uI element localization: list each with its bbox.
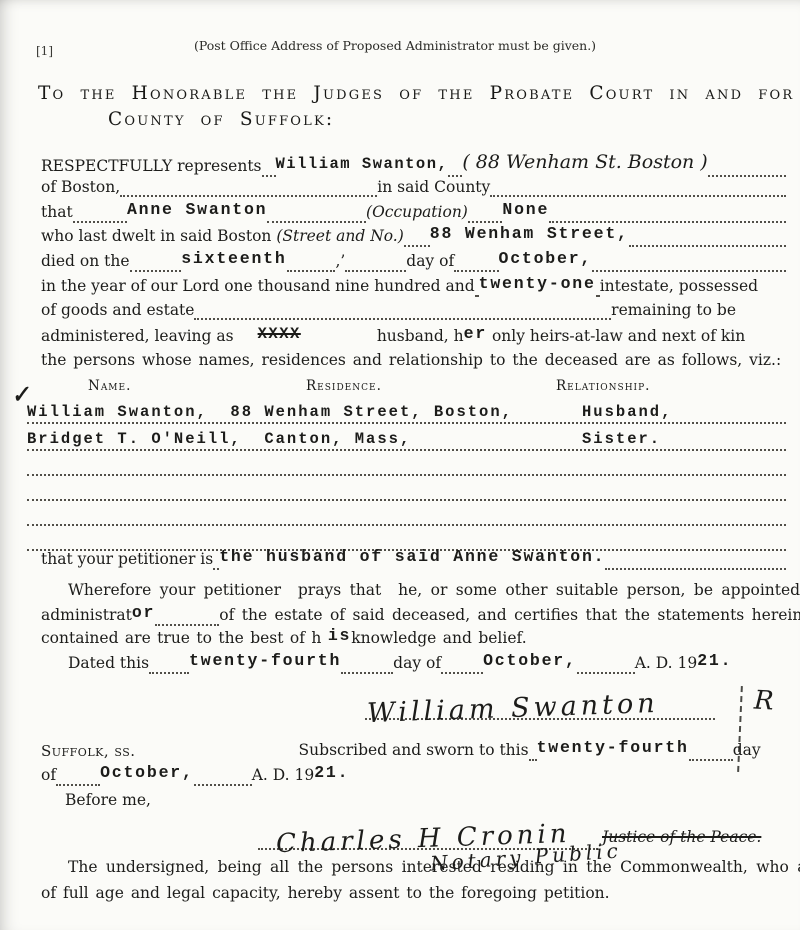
in-said-county-label: in said County <box>377 178 490 197</box>
her-typed-suffix: er <box>464 324 487 345</box>
empty-table-row <box>27 506 786 526</box>
heir-relationship: Sister. <box>582 430 661 448</box>
dotted-leader <box>448 173 462 177</box>
deceased-line: that Anne Swanton (Occupation) None <box>41 202 786 223</box>
died-month-typed: October, <box>499 249 593 270</box>
subscribed-label: Subscribed and sworn to this <box>299 741 529 760</box>
day-of-label: day of <box>406 252 454 271</box>
deceased-name-typed: Anne Swanton <box>127 200 267 221</box>
subscribed-line: Suffolk, ss. Subscribed and sworn to thi… <box>41 740 761 761</box>
dotted-leader <box>73 219 127 223</box>
dotted-leader <box>345 268 406 272</box>
sworn-ad-label: A. D. 19 <box>252 766 315 785</box>
table-row: Bridget T. O'Neill, Canton, Mass, Sister… <box>27 422 786 451</box>
of-label: of <box>41 766 56 785</box>
dated-day-of-label: day of <box>393 654 441 673</box>
table-row: ✓ William Swanton, 88 Wenham Street, Bos… <box>27 394 786 424</box>
respectfully-label: RESPECTFULLY represents <box>41 157 262 176</box>
dated-this-label: Dated this <box>68 654 149 673</box>
died-line: died on the sixteenth ,’ day of October, <box>41 251 786 272</box>
dotted-leader <box>689 757 733 761</box>
dated-ad-label: A. D. 19 <box>635 654 698 673</box>
day-label: day <box>733 741 761 760</box>
heir-relationship: Husband, <box>582 403 672 421</box>
sworn-year-typed: 21. <box>314 763 349 784</box>
dotted-leader <box>262 173 276 177</box>
dated-year-typed: 21. <box>697 651 732 672</box>
occupation-value-typed: None <box>502 200 549 221</box>
dotted-leader <box>267 219 366 223</box>
dotted-leader <box>454 268 498 272</box>
assent-line2: of full age and legal capacity, hereby a… <box>41 884 610 903</box>
petitioner-signature: William Swanton <box>367 688 660 729</box>
died-on-label: died on the <box>41 252 130 271</box>
dotted-leader <box>592 268 786 272</box>
contained-line: contained are true to the best of h is k… <box>41 628 527 649</box>
respectfully-line: RESPECTFULLY represents William Swanton,… <box>41 153 786 177</box>
probate-petition-document: [1] (Post Office Address of Proposed Adm… <box>0 0 800 930</box>
sworn-month-line: of October, A. D. 19 21. <box>41 765 349 786</box>
of-boston-line: of Boston, in said County <box>41 178 786 197</box>
that-label: that <box>41 203 73 222</box>
petitioner-address-handwritten: ( 88 Wenham St. Boston ) <box>462 151 707 175</box>
dotted-leader <box>155 622 219 626</box>
dotted-leader <box>194 316 611 320</box>
document-title-line2: County of Suffolk: <box>108 108 334 131</box>
administered-line: administered, leaving as XXXX husband, h… <box>41 326 745 347</box>
dotted-leader <box>56 782 100 786</box>
is-typed-suffix: is <box>328 626 351 647</box>
residence-column-header: Residence. <box>306 378 382 394</box>
heir-name-residence: William Swanton, 88 Wenham Street, Bosto… <box>27 403 513 421</box>
year-label: in the year of our Lord one thousand nin… <box>41 277 475 296</box>
dotted-leader <box>341 670 393 674</box>
street-value-typed: 88 Wenham Street, <box>430 224 629 245</box>
post-office-note: (Post Office Address of Proposed Adminis… <box>0 38 790 53</box>
sworn-month-typed: October, <box>100 763 194 784</box>
justice-label-line: Justice of the Peace. <box>602 828 761 847</box>
sworn-day-typed: twenty-fourth <box>537 738 689 759</box>
year-line: in the year of our Lord one thousand nin… <box>41 276 786 297</box>
dotted-leader <box>441 670 483 674</box>
dotted-leader <box>577 670 635 674</box>
husband-label: husband, h <box>377 327 464 346</box>
occupation-label: (Occupation) <box>366 203 468 222</box>
dotted-leader <box>404 243 430 247</box>
of-boston-label: of Boston, <box>41 178 120 197</box>
dotted-leader <box>149 670 189 674</box>
suffolk-ss-label: Suffolk, ss. <box>41 742 136 761</box>
dotted-leader <box>130 268 182 272</box>
petitioner-name-typed: William Swanton, <box>276 155 449 174</box>
estate-label: of the estate of said deceased, and cert… <box>219 606 800 625</box>
contained-label: contained are true to the best of h <box>41 629 328 648</box>
justice-of-peace-label: Justice of the Peace. <box>602 828 761 847</box>
intestate-label: intestate, possessed <box>600 277 758 296</box>
dotted-leader <box>549 219 786 223</box>
wherefore-line: Wherefore your petitioner prays that he,… <box>41 581 800 600</box>
street-and-no-label: (Street and No.) <box>276 227 403 246</box>
heirs-label: only heirs-at-law and next of kin <box>487 327 745 346</box>
administrator-line: administrat or of the estate of said dec… <box>41 605 800 626</box>
dotted-leader <box>287 268 336 272</box>
dotted-leader <box>529 757 537 761</box>
document-title-line1: To the Honorable the Judges of the Proba… <box>38 82 800 105</box>
name-column-header: Name. <box>88 378 131 394</box>
petitioner-is-line: that your petitioner is the husband of s… <box>41 549 786 570</box>
administrat-or-typed: or <box>132 603 155 624</box>
persons-line: the persons whose names, residences and … <box>41 351 781 370</box>
dotted-leader <box>120 193 377 197</box>
remaining-label: remaining to be <box>611 301 736 320</box>
assent-line1: The undersigned, being all the persons i… <box>41 858 800 877</box>
margin-mark-r: R <box>753 686 774 717</box>
dotted-leader <box>605 566 786 570</box>
relationship-column-header: Relationship. <box>556 378 650 394</box>
dated-month-typed: October, <box>483 651 577 672</box>
petitioner-is-value-typed: the husband of said Anne Swanton. <box>219 547 605 568</box>
dotted-leader <box>708 173 786 177</box>
dotted-leader <box>468 219 503 223</box>
dwelt-label: who last dwelt in said Boston <box>41 227 276 246</box>
empty-table-row <box>27 456 786 476</box>
before-me-line: Before me, <box>65 791 151 810</box>
dotted-leader <box>629 243 786 247</box>
struck-out-text: XXXX <box>258 325 301 344</box>
knowledge-label: knowledge and belief. <box>351 629 526 648</box>
empty-table-row <box>27 481 786 501</box>
dated-line: Dated this twenty-fourth day of October,… <box>41 653 732 674</box>
administered-label: administered, leaving as <box>41 327 234 346</box>
heir-name-residence: Bridget T. O'Neill, Canton, Mass, <box>27 430 411 448</box>
petitioner-is-label: that your petitioner is <box>41 550 213 569</box>
dated-day-typed: twenty-fourth <box>189 651 341 672</box>
year-value-typed: twenty-one <box>479 274 596 295</box>
dotted-leader <box>490 193 786 197</box>
goods-label: of goods and estate <box>41 301 194 320</box>
petitioner-signature-rule: William Swanton <box>365 688 715 720</box>
dotted-leader <box>194 782 252 786</box>
died-day-typed: sixteenth <box>181 249 286 270</box>
administrat-label: administrat <box>41 606 132 625</box>
dwelt-line: who last dwelt in said Boston (Street an… <box>41 226 786 247</box>
died-stray-mark: ,’ <box>335 252 345 271</box>
goods-line: of goods and estate remaining to be <box>41 301 786 320</box>
